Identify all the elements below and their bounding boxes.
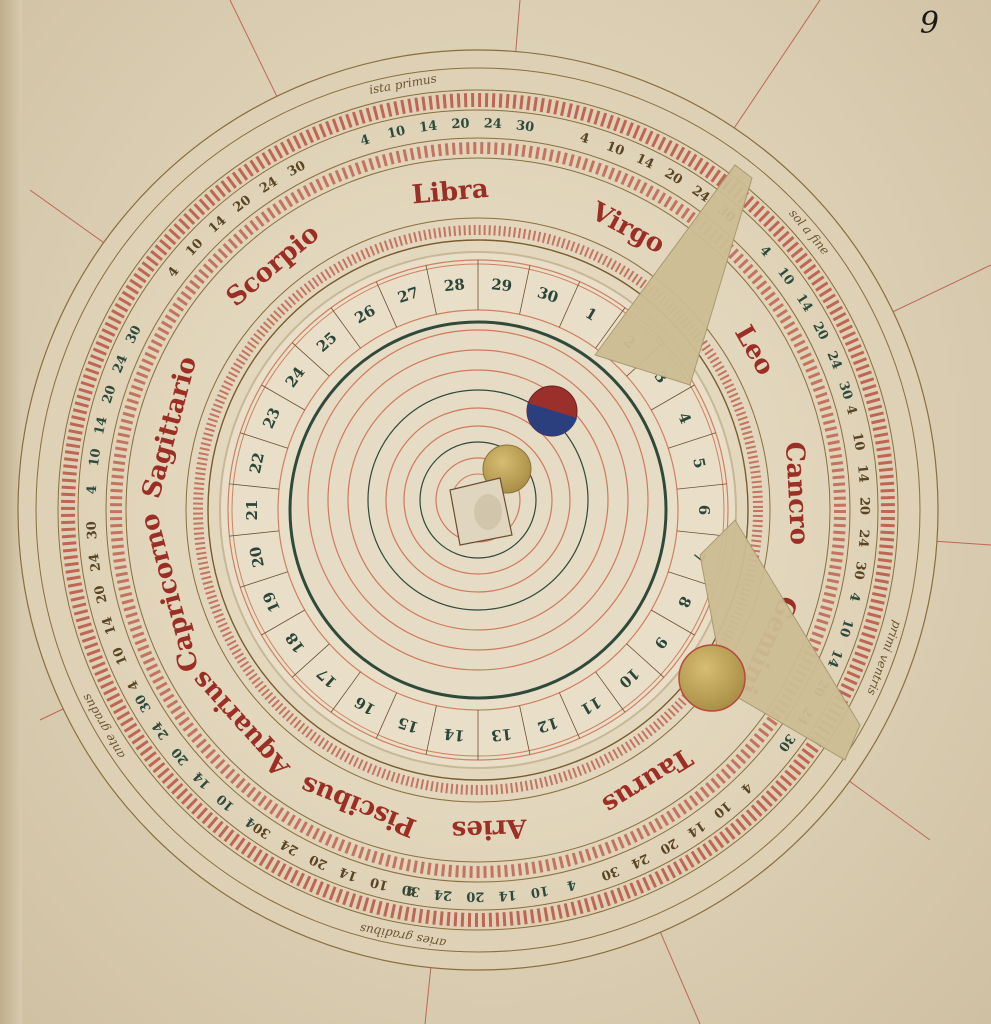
degree-number: 20	[451, 116, 470, 132]
center-pivot[interactable]	[450, 478, 512, 545]
moon-phase-disc[interactable]	[527, 386, 577, 436]
degree-number: 24	[855, 529, 871, 548]
degree-number: 30	[401, 881, 421, 899]
degree-number: 14	[498, 887, 517, 903]
degree-number: 30	[850, 560, 868, 580]
day-number: 13	[490, 725, 513, 745]
degree-number: 10	[87, 448, 104, 468]
degree-number: 10	[849, 431, 867, 451]
volvelle-diagram: VirgoLibraScorpioSagittarioCapricornoAqu…	[0, 0, 991, 1024]
pointer-rivet-disc[interactable]	[679, 645, 745, 711]
day-number: 6	[695, 505, 713, 515]
zodiac-sign-cancro: Cancro	[779, 441, 814, 546]
degree-number: 20	[466, 888, 484, 903]
degree-number: 10	[530, 882, 550, 900]
day-number: 28	[443, 275, 466, 295]
degree-number: 4	[85, 485, 100, 495]
day-number: 29	[490, 275, 513, 295]
degree-number: 24	[433, 886, 452, 903]
zodiac-sign-aries: Aries	[451, 812, 528, 845]
day-number: 14	[443, 725, 466, 745]
degree-number: 30	[85, 521, 101, 540]
degree-number: 30	[515, 118, 535, 135]
degree-number: 20	[856, 497, 871, 515]
day-number: 21	[243, 500, 261, 521]
degree-number: 14	[418, 119, 438, 136]
degree-number: 14	[854, 464, 871, 483]
degree-number: 24	[87, 552, 104, 572]
degree-number: 24	[483, 116, 502, 132]
